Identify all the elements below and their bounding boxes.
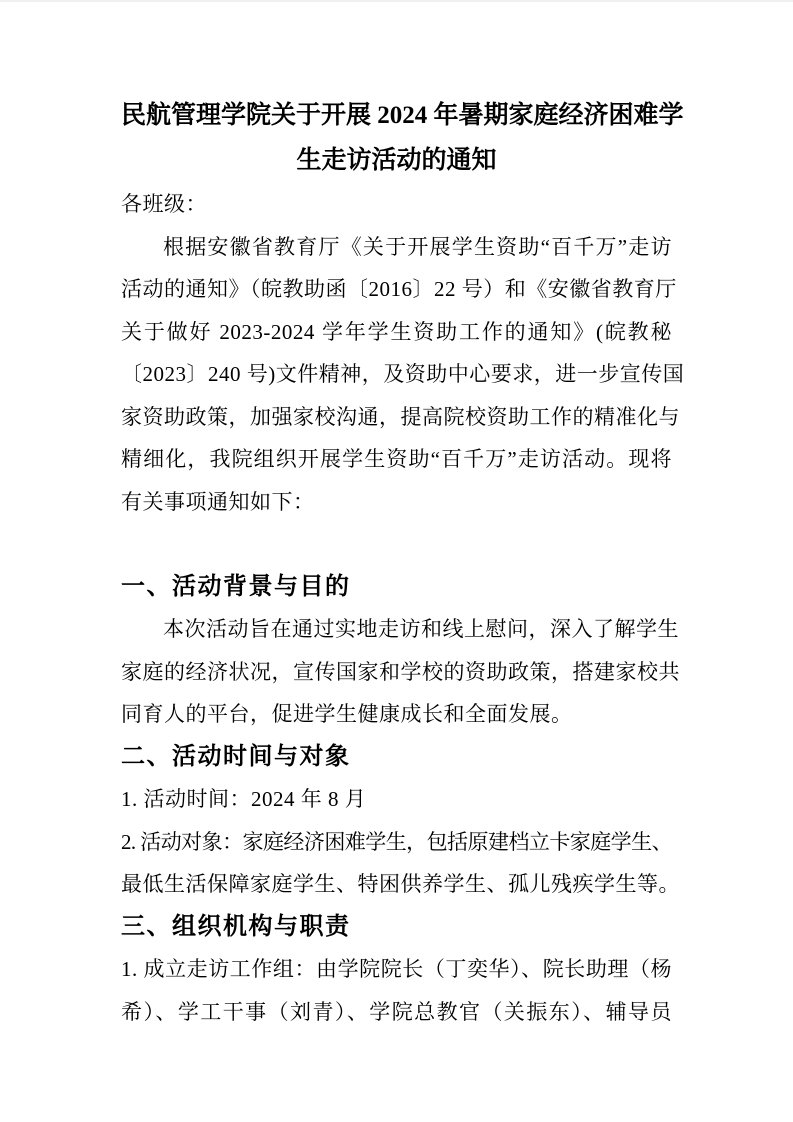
section-2-item-1: 1. 活动时间：2024 年 8 月 bbox=[121, 778, 672, 821]
intro-line-3: 关于做好 2023-2024 学年学生资助工作的通知》(皖教秘 bbox=[121, 311, 672, 354]
section-1-line-3: 同育人的平台，促进学生健康成长和全面发展。 bbox=[121, 693, 672, 736]
section-1-heading: 一、活动背景与目的 bbox=[121, 566, 672, 609]
document-title: 民航管理学院关于开展 2024 年暑期家庭经济困难学 生走访活动的通知 bbox=[121, 93, 672, 183]
blank-line bbox=[121, 523, 672, 566]
section-2-heading: 二、活动时间与对象 bbox=[121, 736, 672, 779]
section-3-item-1-line-1: 1. 成立走访工作组：由学院院长（丁奕华）、院长助理（杨 bbox=[121, 948, 672, 991]
section-2-item-2-line-2: 最低生活保障家庭学生、特困供养学生、孤儿残疾学生等。 bbox=[121, 863, 672, 906]
page-top-edge bbox=[0, 0, 793, 2]
intro-line-6: 精细化，我院组织开展学生资助“百千万”走访活动。现将 bbox=[121, 438, 672, 481]
document-title-line-2: 生走访活动的通知 bbox=[121, 138, 672, 183]
section-1-line-1: 本次活动旨在通过实地走访和线上慰问，深入了解学生 bbox=[121, 608, 672, 651]
intro-line-5: 家资助政策，加强家校沟通，提高院校资助工作的精准化与 bbox=[121, 396, 672, 439]
document-title-line-1: 民航管理学院关于开展 2024 年暑期家庭经济困难学 bbox=[121, 93, 672, 138]
section-1-line-2: 家庭的经济状况，宣传国家和学校的资助政策，搭建家校共 bbox=[121, 651, 672, 694]
section-2-item-2-line-1: 2. 活动对象：家庭经济困难学生，包括原建档立卡家庭学生、 bbox=[121, 821, 672, 864]
section-3-item-1-line-2: 希）、学工干事（刘青）、学院总教官（关振东）、辅导员 bbox=[121, 991, 672, 1034]
intro-line-4: 〔2023〕240 号)文件精神，及资助中心要求，进一步宣传国 bbox=[121, 353, 672, 396]
document-content: 民航管理学院关于开展 2024 年暑期家庭经济困难学 生走访活动的通知 各班级：… bbox=[121, 93, 672, 1033]
section-3-heading: 三、组织机构与职责 bbox=[121, 906, 672, 949]
intro-line-2: 活动的通知》（皖教助函〔2016〕22 号）和《安徽省教育厅 bbox=[121, 268, 672, 311]
document-page: 民航管理学院关于开展 2024 年暑期家庭经济困难学 生走访活动的通知 各班级：… bbox=[0, 0, 793, 1122]
salutation: 各班级： bbox=[121, 183, 672, 226]
intro-line-1: 根据安徽省教育厅《关于开展学生资助“百千万”走访 bbox=[121, 226, 672, 269]
intro-line-7: 有关事项通知如下： bbox=[121, 481, 672, 524]
